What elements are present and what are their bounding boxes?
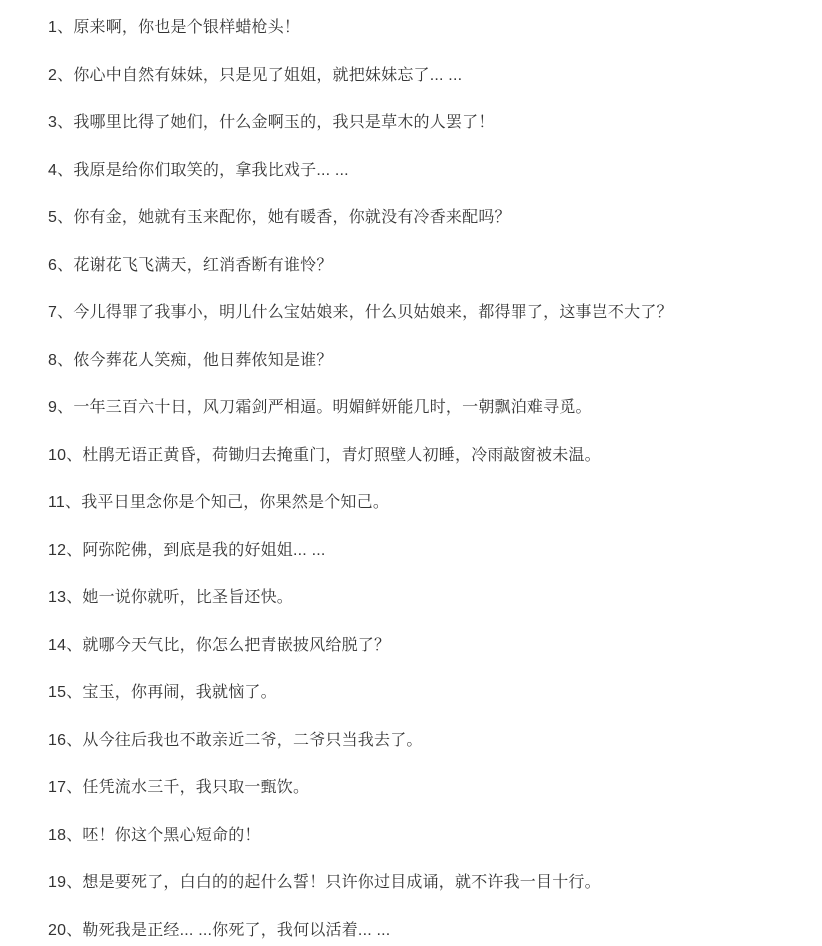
- quotes-page: 1、原来啊，你也是个银样蜡枪头！ 2、你心中自然有妹妹，只是见了姐姐，就把妹妹忘…: [0, 0, 822, 946]
- list-item: 20、勒死我是正经... ...你死了，我何以活着... ...: [48, 919, 792, 943]
- item-number: 16、: [48, 732, 82, 749]
- item-number: 11、: [48, 494, 81, 511]
- item-text: 你心中自然有妹妹，只是见了姐姐，就把妹妹忘了... ...: [73, 67, 462, 84]
- list-item: 3、我哪里比得了她们，什么金啊玉的，我只是草木的人罢了！: [48, 111, 792, 135]
- list-item: 16、从今往后我也不敢亲近二爷，二爷只当我去了。: [48, 729, 792, 753]
- item-text: 勒死我是正经... ...你死了，我何以活着... ...: [82, 922, 390, 939]
- list-item: 19、想是要死了，白白的的起什么誓！只许你过目成诵，就不许我一目十行。: [48, 871, 792, 895]
- list-item: 4、我原是给你们取笑的，拿我比戏子... ...: [48, 159, 792, 183]
- item-text: 任凭流水三千，我只取一甄饮。: [82, 779, 309, 796]
- list-item: 18、呸！你这个黑心短命的！: [48, 824, 792, 848]
- list-item: 1、原来啊，你也是个银样蜡枪头！: [48, 16, 792, 40]
- item-number: 20、: [48, 922, 82, 939]
- item-text: 宝玉，你再闹，我就恼了。: [82, 684, 276, 701]
- item-text: 我原是给你们取笑的，拿我比戏子... ...: [73, 162, 349, 179]
- item-text: 侬今葬花人笑痴，他日葬侬知是谁？: [73, 352, 332, 369]
- item-text: 阿弥陀佛，到底是我的好姐姐... ...: [82, 542, 325, 559]
- list-item: 7、今儿得罪了我事小，明儿什么宝姑娘来，什么贝姑娘来，都得罪了，这事岂不大了？: [48, 301, 792, 325]
- list-item: 9、一年三百六十日，风刀霜剑严相逼。明媚鲜妍能几时，一朝飘泊难寻觅。: [48, 396, 792, 420]
- item-number: 4、: [48, 162, 73, 179]
- list-item: 11、我平日里念你是个知己，你果然是个知己。: [48, 491, 792, 515]
- item-number: 7、: [48, 304, 73, 321]
- item-number: 17、: [48, 779, 82, 796]
- list-item: 13、她一说你就听，比圣旨还快。: [48, 586, 792, 610]
- item-number: 1、: [48, 19, 73, 36]
- item-number: 14、: [48, 637, 82, 654]
- item-text: 你有金，她就有玉来配你，她有暖香，你就没有冷香来配吗？: [73, 209, 510, 226]
- list-item: 6、花谢花飞飞满天，红消香断有谁怜？: [48, 254, 792, 278]
- item-text: 她一说你就听，比圣旨还快。: [82, 589, 293, 606]
- item-number: 3、: [48, 114, 73, 131]
- list-item: 10、杜鹃无语正黄昏，荷锄归去掩重门，青灯照壁人初睡，冷雨敲窗被未温。: [48, 444, 792, 468]
- item-number: 10、: [48, 447, 82, 464]
- item-text: 杜鹃无语正黄昏，荷锄归去掩重门，青灯照壁人初睡，冷雨敲窗被未温。: [82, 447, 600, 464]
- item-number: 9、: [48, 399, 73, 416]
- list-item: 14、就哪今天气比，你怎么把青嵌披风给脱了？: [48, 634, 792, 658]
- list-item: 15、宝玉，你再闹，我就恼了。: [48, 681, 792, 705]
- list-item: 2、你心中自然有妹妹，只是见了姐姐，就把妹妹忘了... ...: [48, 64, 792, 88]
- item-text: 今儿得罪了我事小，明儿什么宝姑娘来，什么贝姑娘来，都得罪了，这事岂不大了？: [73, 304, 672, 321]
- item-number: 19、: [48, 874, 82, 891]
- list-item: 17、任凭流水三千，我只取一甄饮。: [48, 776, 792, 800]
- item-text: 一年三百六十日，风刀霜剑严相逼。明媚鲜妍能几时，一朝飘泊难寻觅。: [73, 399, 591, 416]
- item-number: 18、: [48, 827, 82, 844]
- list-item: 5、你有金，她就有玉来配你，她有暖香，你就没有冷香来配吗？: [48, 206, 792, 230]
- item-text: 我平日里念你是个知己，你果然是个知己。: [81, 494, 389, 511]
- item-text: 呸！你这个黑心短命的！: [82, 827, 260, 844]
- list-item: 8、侬今葬花人笑痴，他日葬侬知是谁？: [48, 349, 792, 373]
- item-number: 2、: [48, 67, 73, 84]
- item-text: 就哪今天气比，你怎么把青嵌披风给脱了？: [82, 637, 390, 654]
- item-text: 原来啊，你也是个银样蜡枪头！: [73, 19, 300, 36]
- item-number: 8、: [48, 352, 73, 369]
- item-text: 想是要死了，白白的的起什么誓！只许你过目成诵，就不许我一目十行。: [82, 874, 600, 891]
- item-text: 花谢花飞飞满天，红消香断有谁怜？: [73, 257, 332, 274]
- item-number: 6、: [48, 257, 73, 274]
- item-number: 13、: [48, 589, 82, 606]
- quotes-list: 1、原来啊，你也是个银样蜡枪头！ 2、你心中自然有妹妹，只是见了姐姐，就把妹妹忘…: [48, 16, 792, 943]
- item-number: 5、: [48, 209, 73, 226]
- item-text: 我哪里比得了她们，什么金啊玉的，我只是草木的人罢了！: [73, 114, 494, 131]
- item-number: 15、: [48, 684, 82, 701]
- item-number: 12、: [48, 542, 82, 559]
- item-text: 从今往后我也不敢亲近二爷，二爷只当我去了。: [82, 732, 422, 749]
- list-item: 12、阿弥陀佛，到底是我的好姐姐... ...: [48, 539, 792, 563]
